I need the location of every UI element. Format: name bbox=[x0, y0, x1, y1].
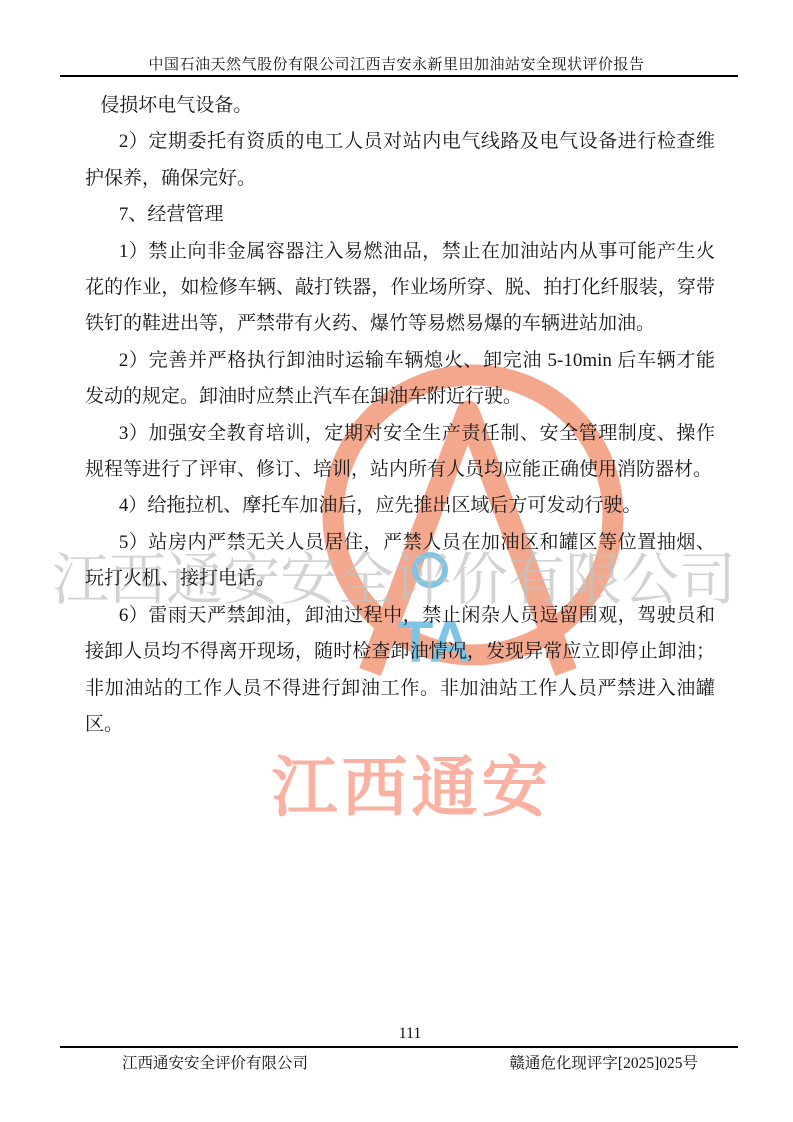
footer-rule bbox=[60, 1046, 738, 1048]
paragraph: 4）给拖拉机、摩托车加油后，应先推出区域后方可发动行驶。 bbox=[85, 488, 715, 524]
paragraph: 2）定期委托有资质的电工人员对站内电气线路及电气设备进行检查维护保养，确保完好。 bbox=[85, 124, 715, 197]
header-rule bbox=[60, 75, 738, 77]
body-paragraphs: 侵损坏电气设备。2）定期委托有资质的电工人员对站内电气线路及电气设备进行检查维护… bbox=[85, 88, 715, 743]
page-number: 111 bbox=[370, 1025, 450, 1043]
paragraph: 5）站房内严禁无关人员居住，严禁人员在加油区和罐区等位置抽烟、玩打火机、接打电话… bbox=[85, 525, 715, 598]
paragraph: 6）雷雨天严禁卸油，卸油过程中，禁止闲杂人员逗留围观，驾驶员和接卸人员均不得离开… bbox=[85, 598, 715, 744]
report-page: 中国石油天然气股份有限公司江西吉安永新里田加油站安全现状评价报告 TA 江西通安… bbox=[0, 0, 793, 1122]
paragraph: 7、经营管理 bbox=[85, 197, 715, 233]
footer-document-number: 赣通危化现评字[2025]025号 bbox=[509, 1051, 698, 1073]
paragraph: 侵损坏电气设备。 bbox=[85, 88, 715, 124]
page-header-title: 中国石油天然气股份有限公司江西吉安永新里田加油站安全现状评价报告 bbox=[0, 53, 793, 74]
footer-company-name: 江西通安安全评价有限公司 bbox=[122, 1051, 308, 1073]
brand-watermark: 江西通安 bbox=[0, 734, 793, 829]
paragraph: 3）加强安全教育培训，定期对安全生产责任制、安全管理制度、操作规程等进行了评审、… bbox=[85, 416, 715, 489]
paragraph: 2）完善并严格执行卸油时运输车辆熄火、卸完油 5-10min 后车辆才能发动的规… bbox=[85, 343, 715, 416]
paragraph: 1）禁止向非金属容器注入易燃油品，禁止在加油站内从事可能产生火花的作业，如检修车… bbox=[85, 234, 715, 343]
